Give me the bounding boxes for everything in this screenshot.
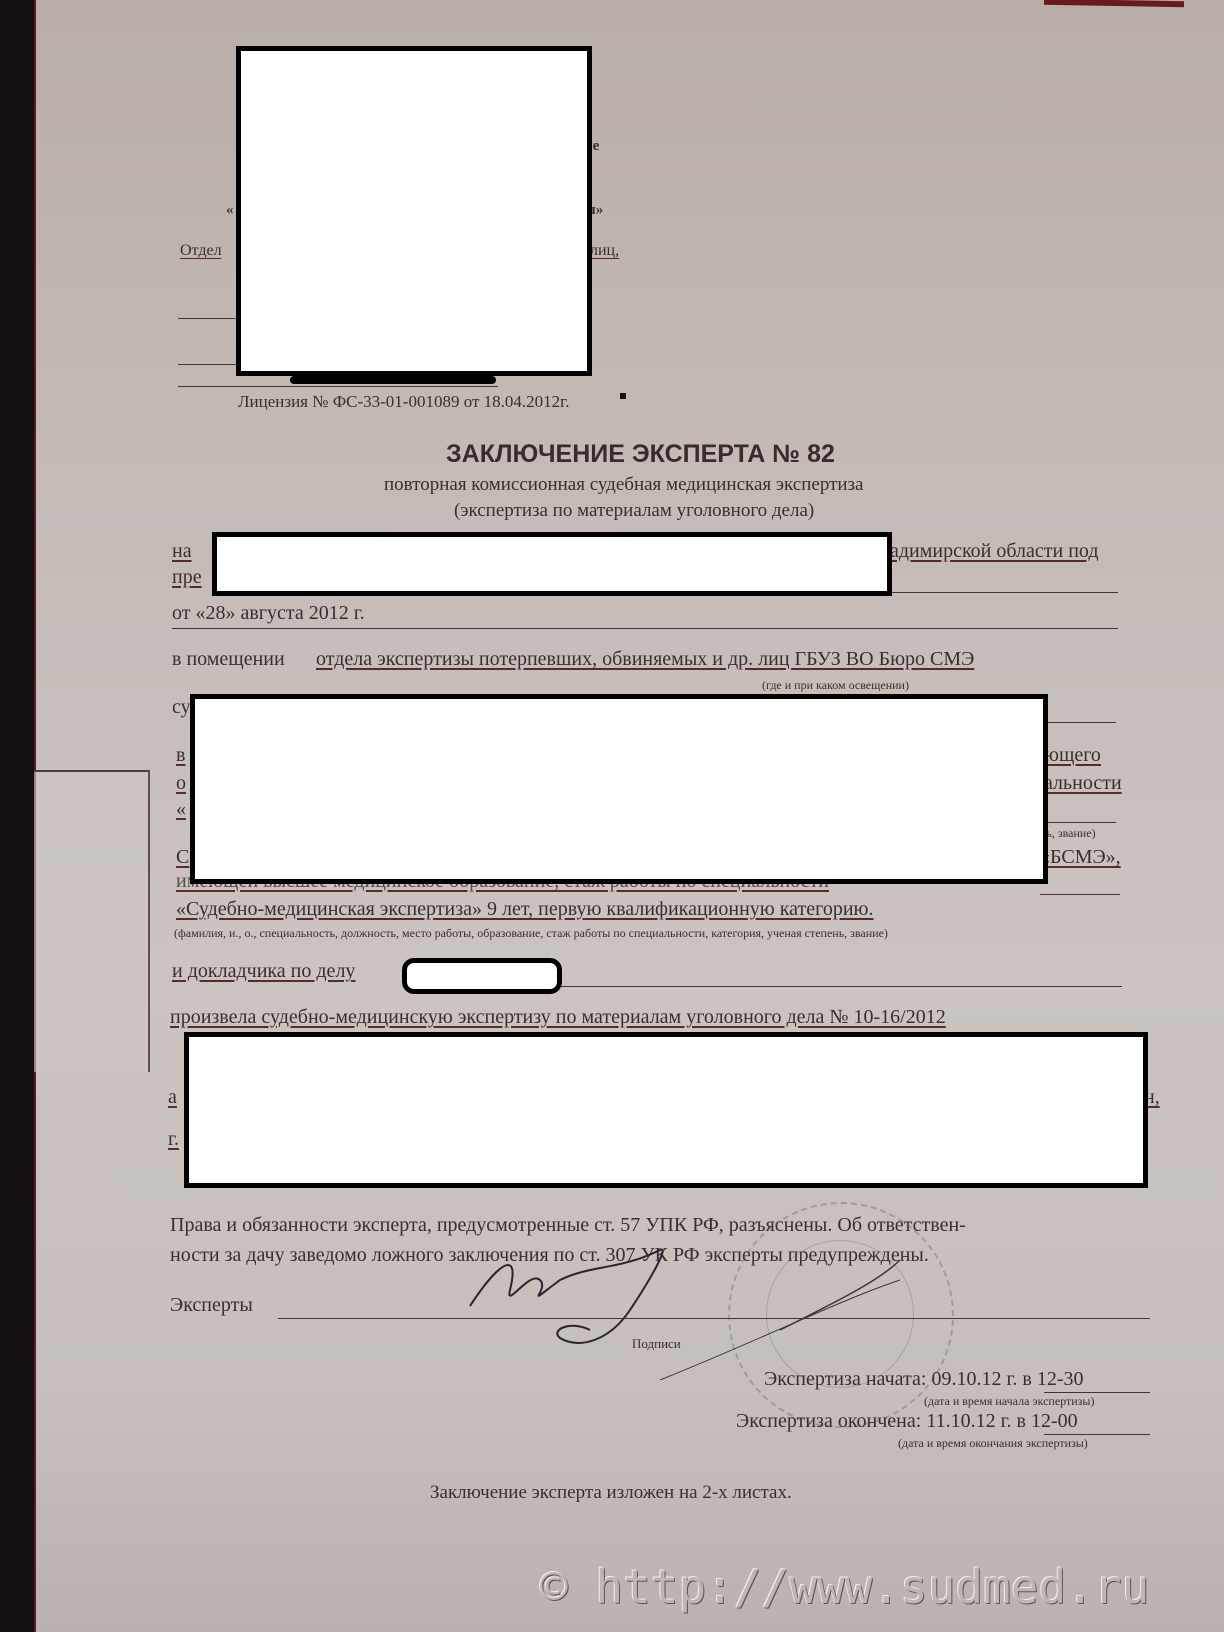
qualification-line: «Судебно-медицинская экспертиза» 9 лет, … bbox=[176, 898, 873, 921]
license-number: Лицензия № ФС-33-01-001089 от 18.04.2012… bbox=[238, 392, 569, 412]
text-fragment: су bbox=[172, 696, 191, 719]
underlying-sheet bbox=[34, 770, 150, 1072]
blank-line bbox=[178, 386, 498, 387]
rank-hint: нь, звание) bbox=[1040, 826, 1096, 841]
pages-note: Заключение эксперта изложен на 2-х листа… bbox=[430, 1482, 792, 1504]
premises-label: в помещении bbox=[172, 648, 285, 671]
expertise-started-hint: (дата и время начала экспертизы) bbox=[924, 1394, 1094, 1409]
text-fragment: ладимирской области под bbox=[880, 540, 1099, 563]
bullet-mark bbox=[620, 393, 626, 399]
text-fragment: ющего bbox=[1044, 744, 1101, 767]
date-line: от «28» августа 2012 г. bbox=[172, 602, 365, 625]
reporter-label: и докладчика по делу bbox=[172, 960, 355, 983]
document-subtitle-2: (экспертиза по материалам уголовного дел… bbox=[454, 500, 814, 522]
text-fragment: о bbox=[176, 772, 186, 795]
text-fragment: в bbox=[176, 744, 185, 767]
blank-line bbox=[178, 364, 238, 365]
expertise-started: Экспертиза начата: 09.10.12 г. в 12-30 bbox=[764, 1368, 1084, 1391]
blank-line bbox=[1044, 1434, 1150, 1435]
department-label: Отдел bbox=[180, 242, 222, 260]
text-fragment: г. bbox=[168, 1128, 179, 1151]
redacted-reporter-name bbox=[402, 958, 562, 994]
redacted-case-details bbox=[184, 1032, 1148, 1188]
qualification-hint: (фамилия, и., о., специальность, должнос… bbox=[174, 926, 888, 941]
blank-line bbox=[1040, 822, 1116, 823]
text-fragment: на bbox=[172, 540, 192, 563]
redacted-experts-block bbox=[190, 694, 1048, 884]
watermark: © http://www.sudmed.ru bbox=[540, 1560, 1149, 1614]
text-fragment: С bbox=[176, 846, 189, 869]
expertise-finished: Экспертиза окончена: 11.10.12 г. в 12-00 bbox=[736, 1410, 1078, 1433]
experts-label: Эксперты bbox=[170, 1294, 253, 1317]
text-fragment: «БСМЭ», bbox=[1040, 846, 1121, 869]
redacted-order-line bbox=[212, 532, 892, 596]
redacted-email bbox=[290, 376, 496, 384]
document-subtitle: повторная комиссионная судебная медицинс… bbox=[384, 474, 864, 496]
blank-line bbox=[178, 318, 238, 319]
case-line: произвела судебно-медицинскую экспертизу… bbox=[170, 1006, 946, 1029]
signature-line bbox=[278, 1318, 1150, 1319]
text-fragment: пре bbox=[172, 566, 202, 589]
text-fragment: а bbox=[168, 1086, 177, 1109]
premises-value: отдела экспертизы потерпевших, обвиняемы… bbox=[316, 648, 974, 671]
blank-line bbox=[1044, 1392, 1150, 1393]
text-fragment: альности bbox=[1044, 772, 1122, 795]
blank-line bbox=[552, 986, 1122, 987]
department-label-end: лиц, bbox=[590, 242, 619, 260]
blank-line bbox=[1040, 722, 1116, 723]
blank-line bbox=[172, 628, 1118, 629]
expertise-finished-hint: (дата и время окончания экспертизы) bbox=[898, 1436, 1088, 1451]
text-fragment: « bbox=[176, 798, 186, 821]
blank-line bbox=[1040, 894, 1120, 895]
document-title: ЗАКЛЮЧЕНИЕ ЭКСПЕРТА № 82 bbox=[446, 440, 835, 469]
redacted-header-block bbox=[236, 46, 592, 376]
premises-hint: (где и при каком освещении) bbox=[762, 678, 909, 693]
blank-line bbox=[880, 592, 1118, 593]
signature bbox=[460, 1240, 900, 1380]
signatures-hint: Подписи bbox=[632, 1336, 681, 1352]
header-quote-left: « bbox=[226, 202, 234, 219]
